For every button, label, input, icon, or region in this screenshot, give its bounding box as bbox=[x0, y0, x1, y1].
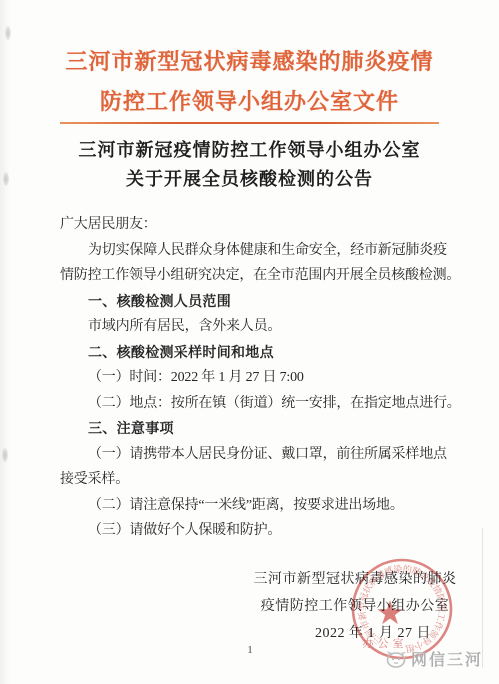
letterhead-title: 三河市新型冠状病毒感染的肺炎疫情 防控工作领导小组办公室文件 bbox=[0, 42, 499, 122]
section-heading-3: 三、注意事项 bbox=[60, 416, 450, 442]
body-line: 为切实保障人民群众身体健康和生命安全，经市新冠肺炎疫 bbox=[60, 238, 450, 264]
watermark-logo: 网信三河 bbox=[385, 647, 483, 670]
watermark-text: 网信三河 bbox=[411, 647, 483, 670]
letterhead-line-2: 防控工作领导小组办公室文件 bbox=[0, 82, 499, 122]
section-heading-2: 二、核酸检测采样时间和地点 bbox=[60, 340, 450, 366]
document-title-line-2: 关于开展全员核酸检测的公告 bbox=[0, 165, 499, 194]
scan-smudge bbox=[2, 448, 8, 462]
body-line: （二）请注意保持“一米线”距离，按要求进出场地。 bbox=[60, 493, 450, 519]
page-number: 1 bbox=[240, 644, 260, 656]
body-line: （一）请携带本人居民身份证、戴口罩，前往所属采样地点 bbox=[60, 442, 450, 468]
section-heading-1: 一、核酸检测人员范围 bbox=[60, 289, 450, 315]
body-line: （三）请做好个人保暖和防护。 bbox=[60, 518, 450, 544]
salutation: 广大居民朋友： bbox=[60, 212, 450, 238]
body-line: 情防控工作领导小组研究决定，在全市范围内开展全员核酸检测。 bbox=[60, 263, 450, 289]
scan-smudge bbox=[5, 26, 11, 40]
body-line: （二）地点：按所在镇（街道）统一安排，在指定地点进行。 bbox=[60, 391, 450, 417]
document-title: 三河市新冠疫情防控工作领导小组办公室 关于开展全员核酸检测的公告 bbox=[0, 136, 499, 194]
body-line: （一）时间：2022 年 1 月 27 日 7:00 bbox=[60, 365, 450, 391]
body-line: 市域内所有居民，含外来人员。 bbox=[60, 314, 450, 340]
scanned-notice-page: 三河市新型冠状病毒感染的肺炎疫情 防控工作领导小组办公室文件 三河市新冠疫情防控… bbox=[0, 0, 499, 684]
document-body: 广大居民朋友： 为切实保障人民群众身体健康和生命安全，经市新冠肺炎疫 情防控工作… bbox=[60, 212, 450, 544]
letterhead-line-1: 三河市新型冠状病毒感染的肺炎疫情 bbox=[0, 42, 499, 82]
document-title-line-1: 三河市新冠疫情防控工作领导小组办公室 bbox=[0, 136, 499, 165]
wangxin-sanhe-logo-icon bbox=[385, 649, 407, 668]
letterhead-rule bbox=[60, 122, 439, 124]
body-line: 接受采样。 bbox=[60, 467, 450, 493]
seal-star-icon: ★ bbox=[375, 596, 405, 632]
